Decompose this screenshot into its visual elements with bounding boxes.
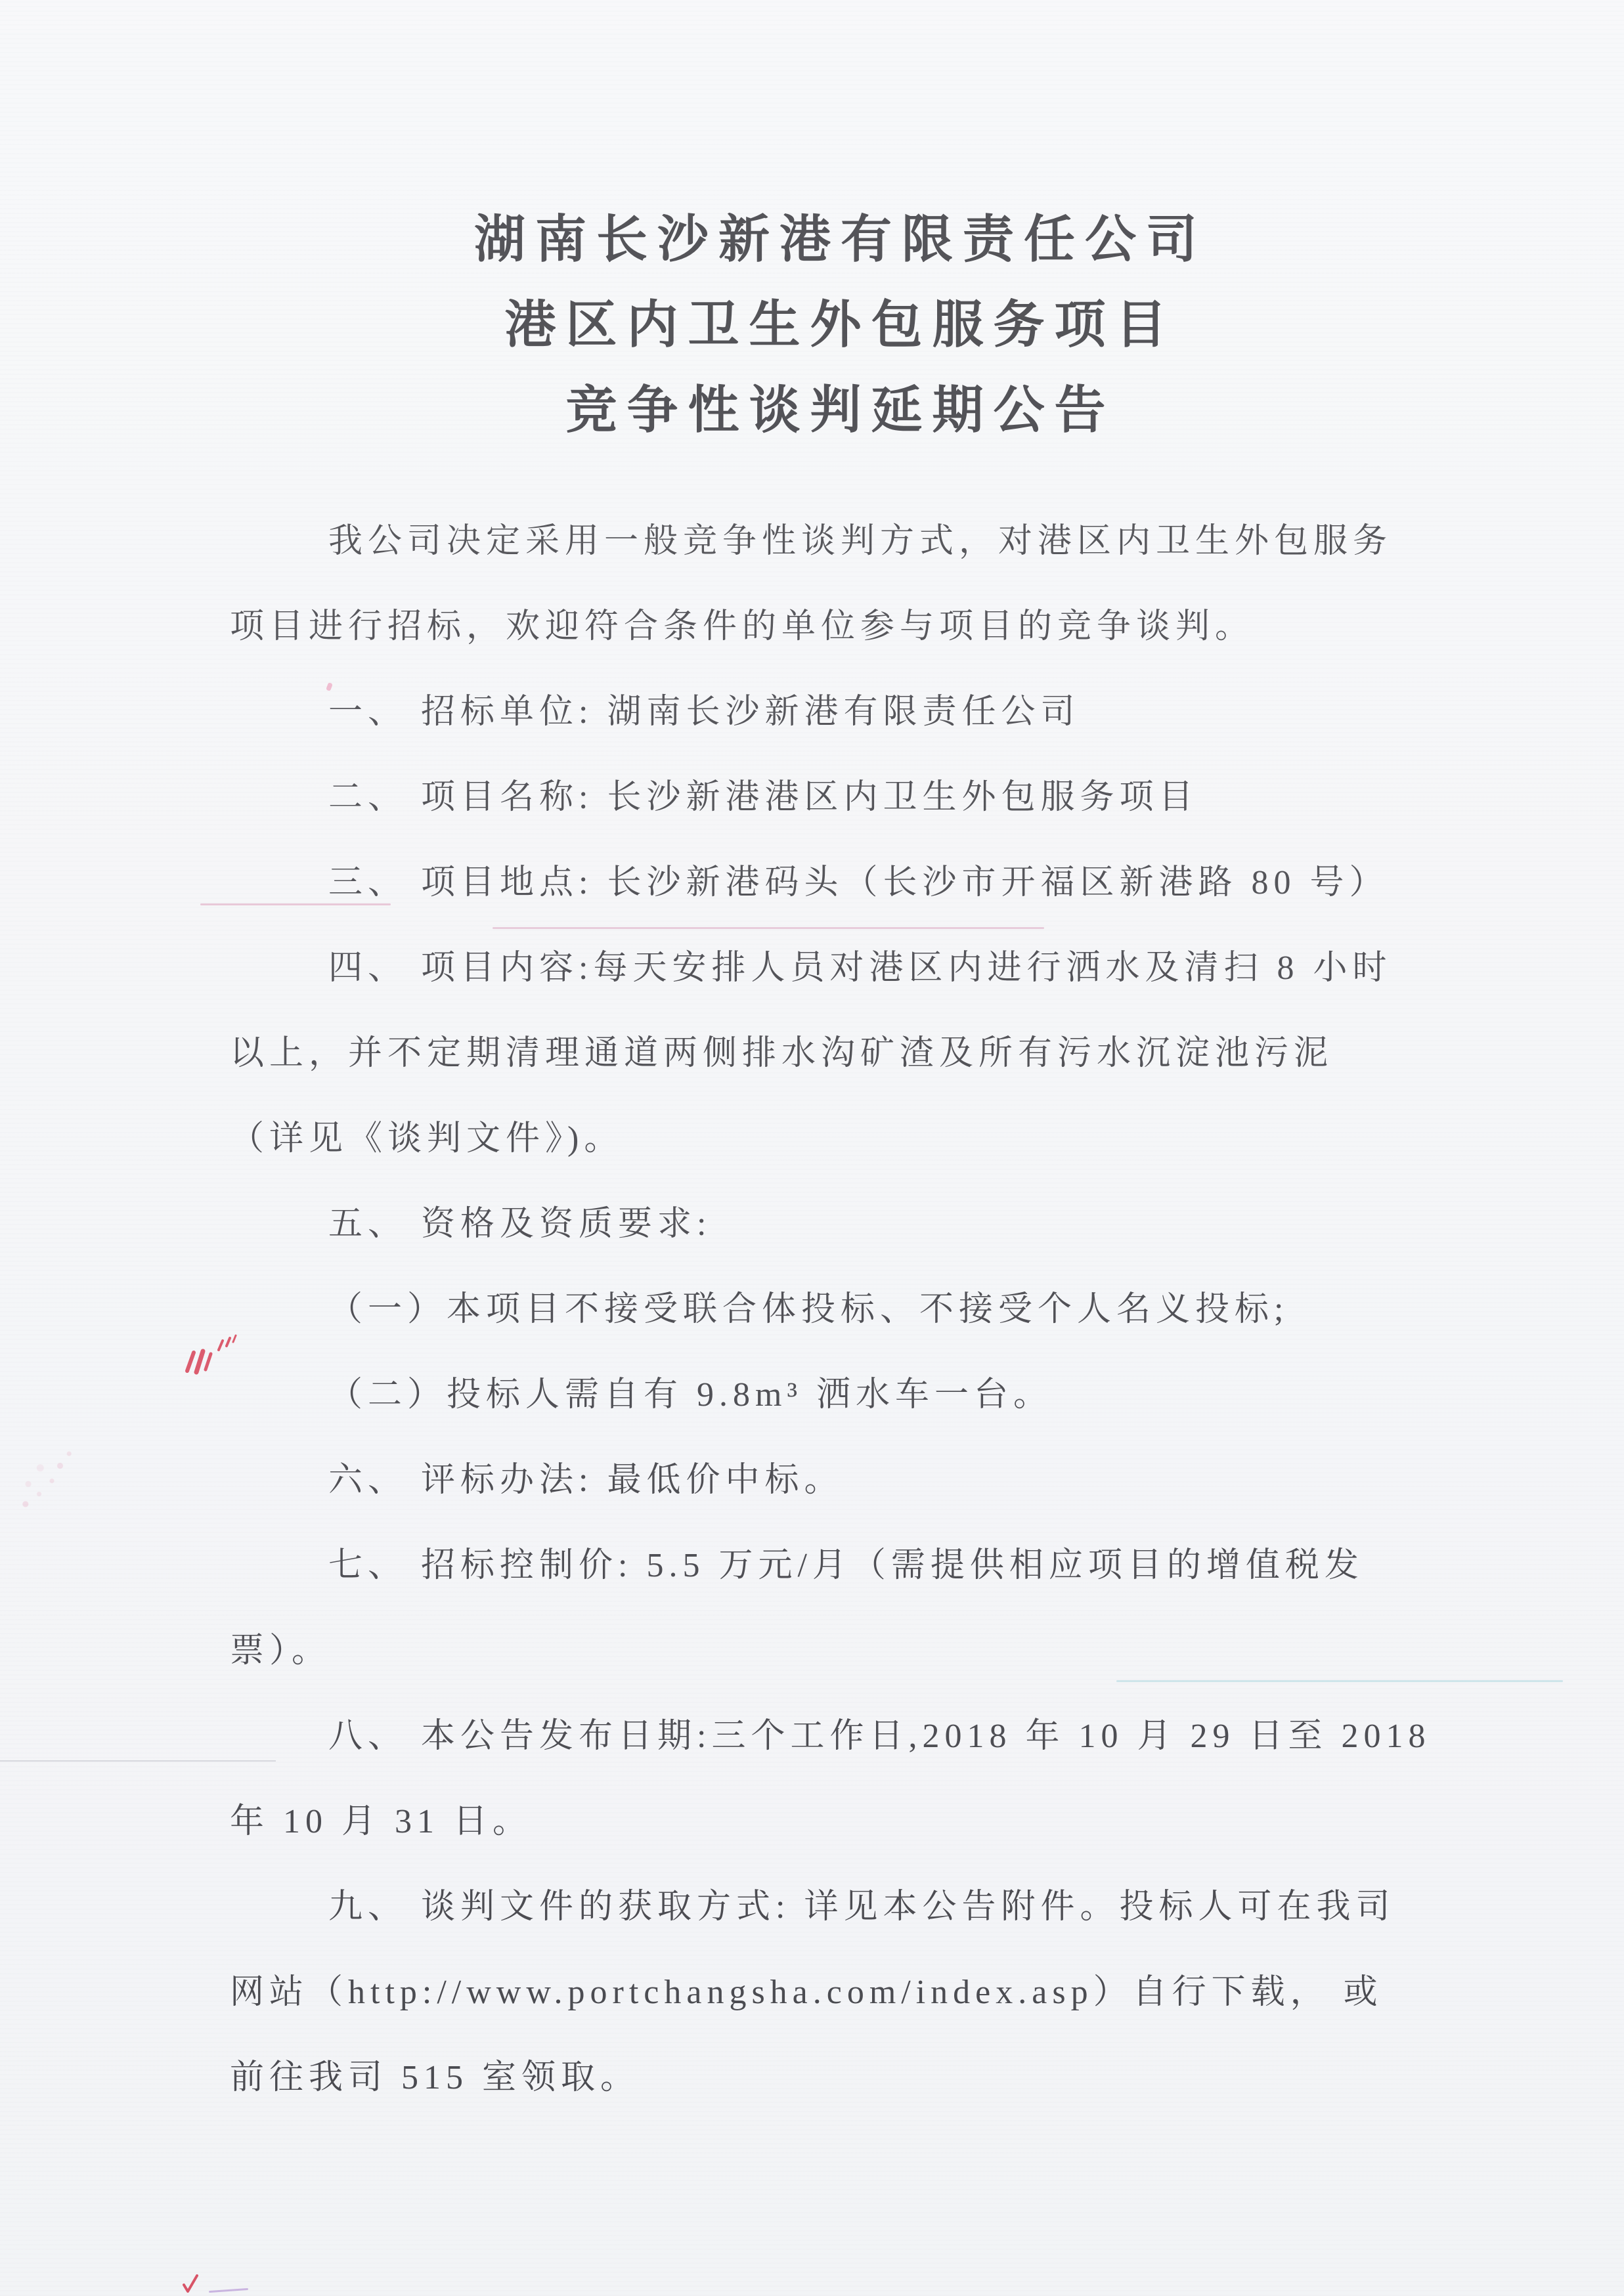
text-line: 五、 资格及资质要求: <box>230 1182 1432 1267</box>
text-line: 二、 项目名称: 长沙新港港区内卫生外包服务项目 <box>230 755 1432 840</box>
text-line: 六、 评标办法: 最低价中标。 <box>230 1438 1432 1523</box>
text-line: 以上，并不定期清理通道两侧排水沟矿渣及所有污水沉淀池污泥 <box>230 1011 1432 1096</box>
pink-scribble-artifact <box>1 1439 93 1519</box>
text-line: 九、 谈判文件的获取方式: 详见本公告附件。投标人可在我司 <box>230 1865 1432 1950</box>
text-line: 三、 项目地点: 长沙新港码头（长沙市开福区新港路 80 号） <box>230 840 1432 926</box>
text-line: 八、 本公告发布日期:三个工作日,2018 年 10 月 29 日至 2018 <box>230 1694 1432 1779</box>
text-line: 网站（http://www.portchangsha.com/index.asp… <box>230 1950 1432 2035</box>
text-line: 票）。 <box>230 1609 1432 1694</box>
text-line: 我公司决定采用一般竞争性谈判方式，对港区内卫生外包服务 <box>230 499 1432 584</box>
text-line: 四、 项目内容:每天安排人员对港区内进行洒水及清扫 8 小时 <box>230 926 1432 1011</box>
text-line: 前往我司 515 室领取。 <box>230 2035 1432 2121</box>
title-line-3: 竞争性谈判延期公告 <box>250 368 1432 453</box>
text-line: （一）本项目不接受联合体投标、不接受个人名义投标; <box>230 1267 1432 1353</box>
text-line: 项目进行招标，欢迎符合条件的单位参与项目的竞争谈判。 <box>230 584 1432 670</box>
text-line: 年 10 月 31 日。 <box>230 1779 1432 1865</box>
text-line: 一、 招标单位: 湖南长沙新港有限责任公司 <box>230 670 1432 755</box>
purple-dash-artifact <box>209 2288 248 2293</box>
title-line-1: 湖南长沙新港有限责任公司 <box>250 197 1432 282</box>
document-title: 湖南长沙新港有限责任公司 港区内卫生外包服务项目 竞争性谈判延期公告 <box>250 197 1432 453</box>
text-line: （二）投标人需自有 9.8m³ 洒水车一台。 <box>230 1353 1432 1438</box>
red-check-mark <box>179 2272 205 2295</box>
title-line-2: 港区内卫生外包服务项目 <box>250 282 1432 368</box>
text-line: 七、 招标控制价: 5.5 万元/月（需提供相应项目的增值税发 <box>230 1523 1432 1609</box>
document-page: 湖南长沙新港有限责任公司 港区内卫生外包服务项目 竞争性谈判延期公告 我公司决定… <box>0 0 1624 2296</box>
document-body: 我公司决定采用一般竞争性谈判方式，对港区内卫生外包服务项目进行招标，欢迎符合条件… <box>230 499 1432 2121</box>
text-line: （详见《谈判文件》)。 <box>230 1096 1432 1182</box>
